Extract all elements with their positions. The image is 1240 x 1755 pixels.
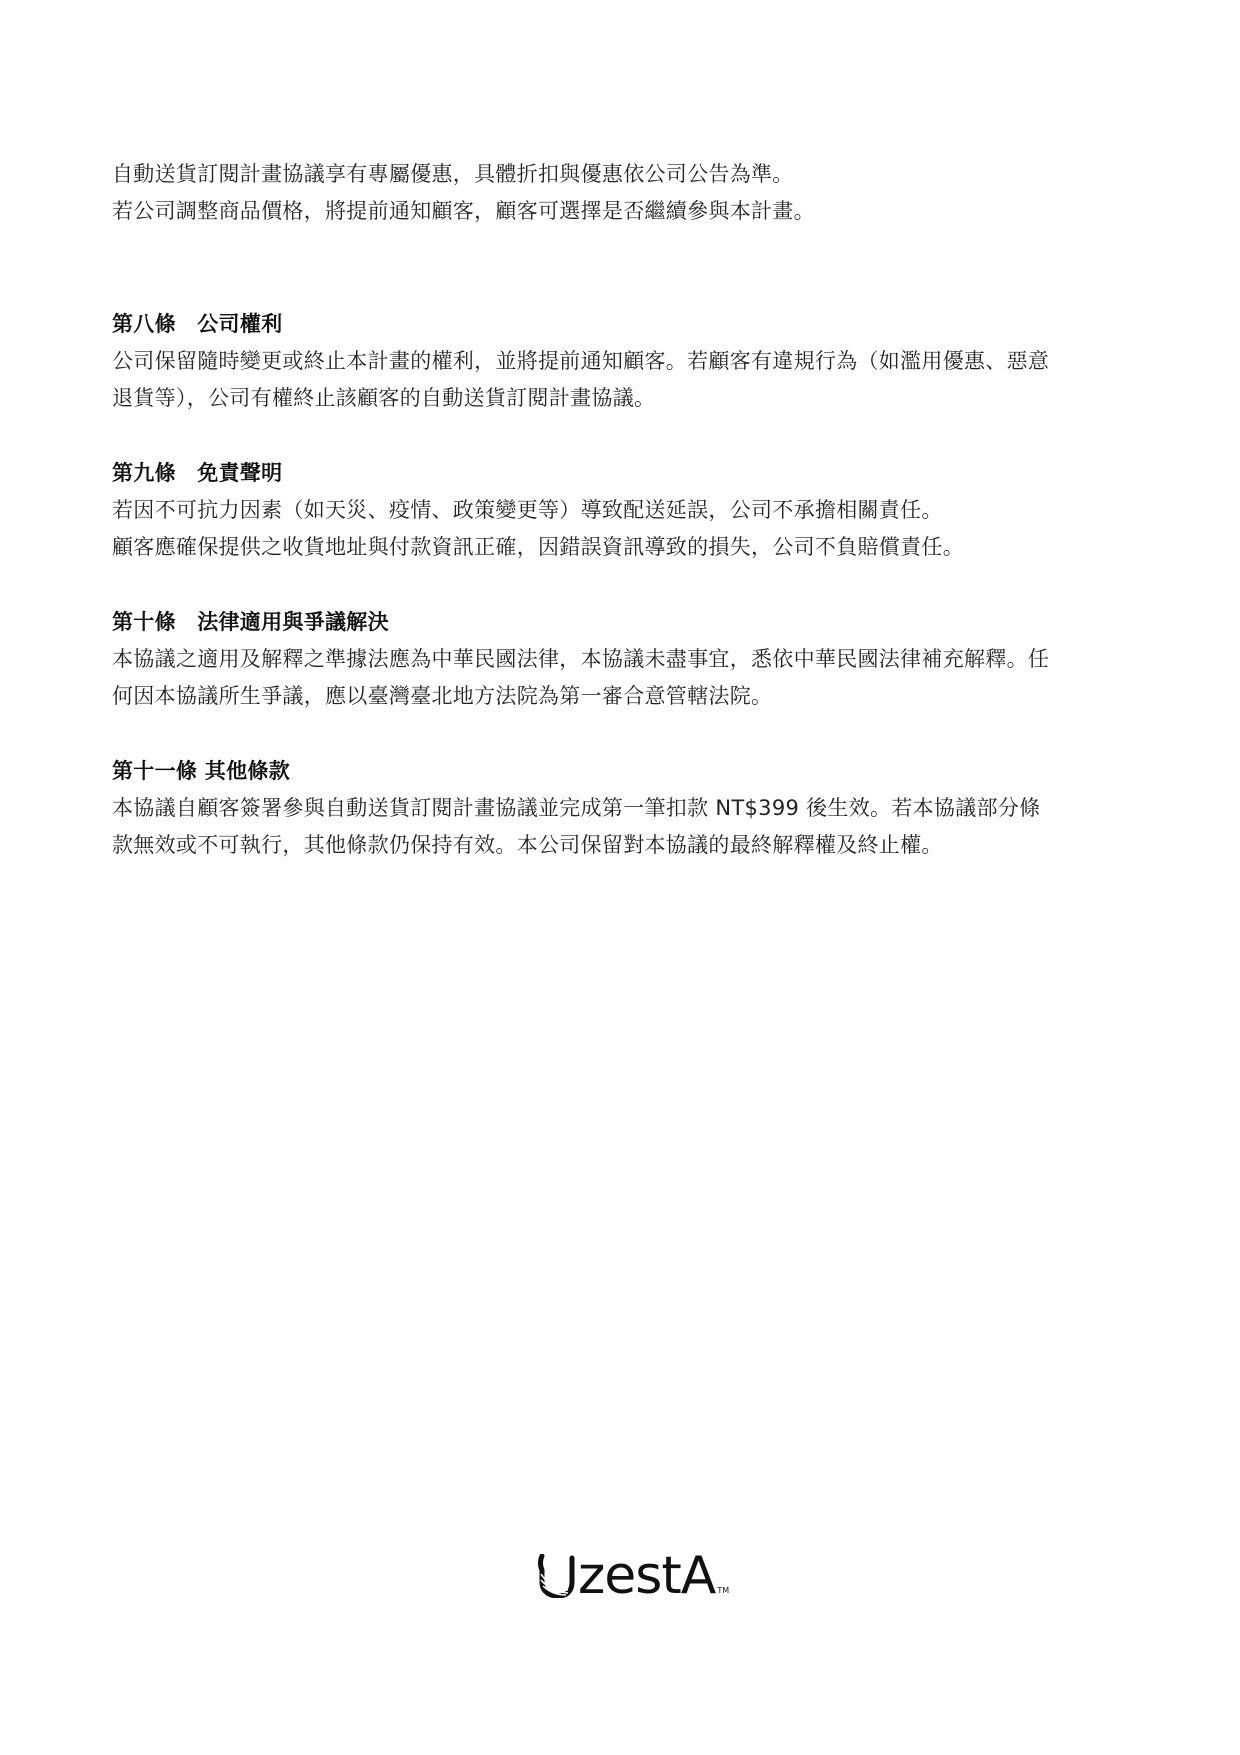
section-article-8: 第八條 公司權利 公司保留隨時變更或終止本計畫的權利，並將提前通知顧客。若顧客有… <box>112 306 1132 417</box>
section-line: 款無效或不可執行，其他條款仍保持有效。本公司保留對本協議的最終解釋權及終止權。 <box>112 827 1132 864</box>
intro-line: 若公司調整商品價格，將提前通知顧客，顧客可選擇是否繼續參與本計畫。 <box>112 193 1132 230</box>
brand-logo: zestA TM <box>538 1548 729 1598</box>
section-line: 本協議之適用及解釋之準據法應為中華民國法律，本協議未盡事宜，悉依中華民國法律補充… <box>112 641 1132 678</box>
section-article-10: 第十條 法律適用與爭議解決 本協議之適用及解釋之準據法應為中華民國法律，本協議未… <box>112 604 1132 715</box>
section-title: 第八條 公司權利 <box>112 306 1132 343</box>
section-line: 退貨等），公司有權終止該顧客的自動送貨訂閱計畫協議。 <box>112 380 1132 417</box>
section-line: 顧客應確保提供之收貨地址與付款資訊正確，因錯誤資訊導致的損失，公司不負賠償責任。 <box>112 529 1132 566</box>
section-line: 公司保留隨時變更或終止本計畫的權利，並將提前通知顧客。若顧客有違規行為（如濫用優… <box>112 343 1132 380</box>
stylized-u-stripes-icon <box>538 1554 576 1598</box>
section-title: 第十一條 其他條款 <box>112 753 1132 790</box>
intro-line: 自動送貨訂閱計畫協議享有專屬優惠，具體折扣與優惠依公司公告為準。 <box>112 156 1132 193</box>
section-title: 第九條 免責聲明 <box>112 455 1132 492</box>
section-line: 何因本協議所生爭議，應以臺灣臺北地方法院為第一審合意管轄法院。 <box>112 678 1132 715</box>
section-line: 若因不可抗力因素（如天災、疫情、政策變更等）導致配送延誤，公司不承擔相關責任。 <box>112 492 1132 529</box>
section-article-11: 第十一條 其他條款 本協議自顧客簽署參與自動送貨訂閱計畫協議並完成第一筆扣款 N… <box>112 753 1132 864</box>
trademark-mark: TM <box>717 1586 729 1596</box>
document-page: 自動送貨訂閱計畫協議享有專屬優惠，具體折扣與優惠依公司公告為準。 若公司調整商品… <box>112 156 1132 864</box>
section-title: 第十條 法律適用與爭議解決 <box>112 604 1132 641</box>
logo-wordmark: zestA <box>578 1554 715 1598</box>
intro-block: 自動送貨訂閱計畫協議享有專屬優惠，具體折扣與優惠依公司公告為準。 若公司調整商品… <box>112 156 1132 230</box>
section-line: 本協議自顧客簽署參與自動送貨訂閱計畫協議並完成第一筆扣款 NT$399 後生效。… <box>112 790 1132 827</box>
section-article-9: 第九條 免責聲明 若因不可抗力因素（如天災、疫情、政策變更等）導致配送延誤，公司… <box>112 455 1132 566</box>
